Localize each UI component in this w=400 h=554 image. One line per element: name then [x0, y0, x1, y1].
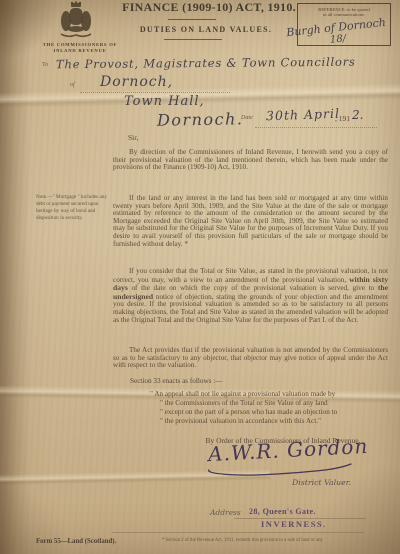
royal-coat-of-arms-icon	[59, 1, 93, 40]
scanned-letter-page: THE COMMISSIONERS OF INLAND REVENUE FINA…	[0, 0, 400, 554]
paragraph-3-text: If you consider that the Total or Site V…	[113, 267, 388, 284]
paragraph-2: If the land or any interest in the land …	[113, 195, 388, 248]
quote-line: " the Commissioners of the Total or Site…	[160, 399, 380, 408]
paragraph-3-text: notice of objection, stating the grounds…	[113, 293, 388, 324]
document-title: FINANCE (1909-10) ACT, 1910.	[118, 0, 300, 15]
section-intro: Section 33 enacts as follows :—	[130, 377, 222, 385]
form-ruling-line	[80, 92, 230, 93]
margin-note: Note.—" Mortgage " includes any debt or …	[36, 194, 114, 222]
handwritten-town: Dornoch.	[157, 109, 244, 130]
of-label: of	[70, 82, 75, 88]
quote-line: " except on the part of a person who has…	[160, 408, 380, 417]
handwritten-recipient: The Provost, Magistrates & Town Councill…	[56, 55, 356, 72]
paragraph-3: If you consider that the Total or Site V…	[113, 268, 388, 324]
address-city: INVERNESS.	[261, 519, 327, 529]
handwritten-burgh: Dornoch,	[100, 74, 173, 90]
handwritten-reference-number: 18/	[330, 33, 347, 45]
paragraph-1: By direction of the Commissioners of Inl…	[113, 149, 388, 172]
salutation: Sir,	[128, 133, 138, 142]
paragraph-4: The Act provides that if the provisional…	[113, 347, 388, 370]
document-subtitle: DUTIES ON LAND VALUES.	[130, 25, 282, 34]
printed-year: , 191	[335, 114, 350, 123]
form-ruling-line	[255, 127, 377, 128]
date-label: Date	[241, 115, 253, 121]
statute-quote: " An appeal shall not lie against a prov…	[150, 390, 380, 426]
left-edge-shadow	[0, 0, 30, 554]
title-rule	[168, 19, 216, 20]
quote-line: " the provisional valuation in accordanc…	[160, 417, 380, 426]
handwritten-building: Town Hall,	[124, 94, 205, 109]
quote-line: " An appeal shall not lie against a prov…	[150, 390, 380, 399]
form-number: Form 55—Land (Scotland).	[36, 538, 116, 545]
subtitle-rule	[164, 39, 222, 40]
footnote: * Section 2 of the Revenue Act, 1911, ex…	[162, 538, 392, 544]
footer-ruling-line	[112, 532, 364, 533]
commissioners-caption: THE COMMISSIONERS OF INLAND REVENUE	[28, 42, 132, 53]
paragraph-3-text: of the date on which the copy of the pro…	[128, 284, 378, 292]
signature-flourish	[203, 461, 355, 479]
signer-title: District Valuer.	[292, 478, 351, 487]
handwritten-year-digit: 2.	[352, 108, 363, 122]
commissioners-line1: THE COMMISSIONERS OF	[28, 42, 132, 48]
commissioners-line2: INLAND REVENUE	[28, 48, 132, 54]
address-label: Address	[210, 508, 241, 517]
handwritten-date: 30th April	[266, 106, 340, 124]
to-label: To	[42, 62, 48, 68]
address-street: 28, Queen's Gate.	[249, 507, 316, 516]
